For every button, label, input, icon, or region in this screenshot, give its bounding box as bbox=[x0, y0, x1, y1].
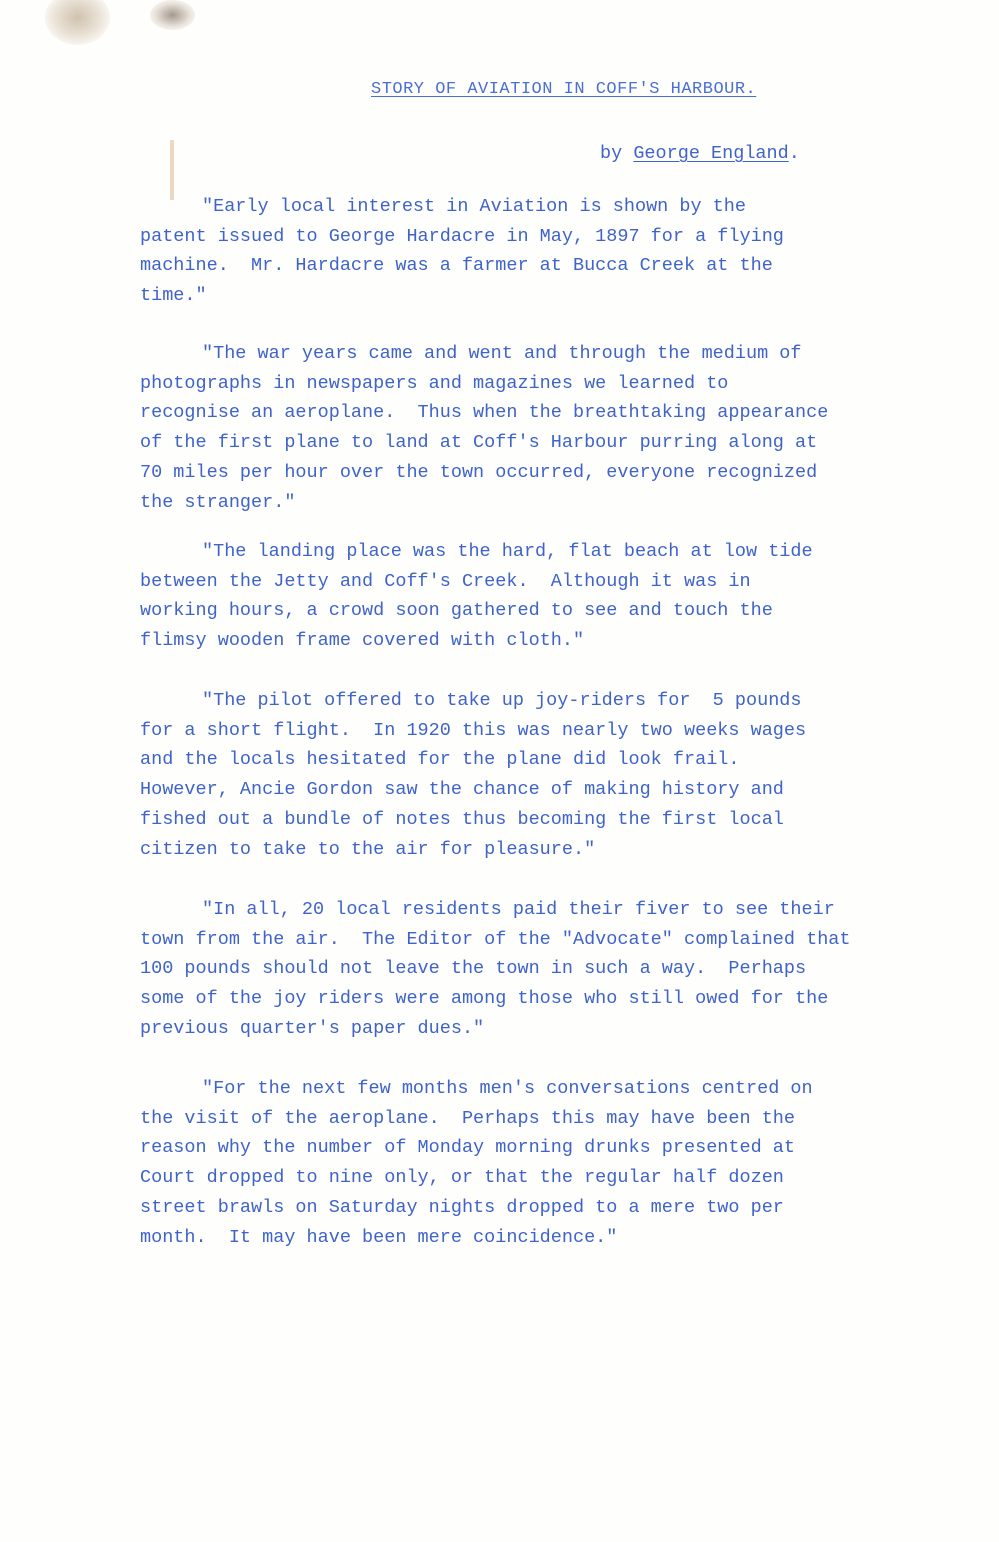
text-line: However, Ancie Gordon saw the chance of … bbox=[140, 775, 910, 805]
text-line: reason why the number of Monday morning … bbox=[140, 1133, 910, 1163]
text-line: town from the air. The Editor of the "Ad… bbox=[140, 925, 910, 955]
text-line: "In all, 20 local residents paid their f… bbox=[140, 895, 910, 925]
paragraph-1: "Early local interest in Aviation is sho… bbox=[140, 192, 910, 311]
text-line: the visit of the aeroplane. Perhaps this… bbox=[140, 1104, 910, 1134]
typewritten-page: STORY OF AVIATION IN COFF'S HARBOUR. by … bbox=[0, 0, 999, 1542]
text-line: of the first plane to land at Coff's Har… bbox=[140, 428, 910, 458]
text-line: "For the next few months men's conversat… bbox=[140, 1074, 910, 1104]
byline-prefix: by bbox=[600, 143, 633, 164]
text-line: and the locals hesitated for the plane d… bbox=[140, 745, 910, 775]
text-line: previous quarter's paper dues." bbox=[140, 1014, 910, 1044]
text-line: fished out a bundle of notes thus becomi… bbox=[140, 805, 910, 835]
text-line: "The pilot offered to take up joy-riders… bbox=[140, 686, 910, 716]
paragraph-3: "The landing place was the hard, flat be… bbox=[140, 537, 910, 656]
text-line: time." bbox=[140, 281, 910, 311]
byline: by George England. bbox=[600, 143, 800, 164]
text-line: 70 miles per hour over the town occurred… bbox=[140, 458, 910, 488]
text-line: the stranger." bbox=[140, 488, 910, 518]
text-line: working hours, a crowd soon gathered to … bbox=[140, 596, 910, 626]
text-line: 100 pounds should not leave the town in … bbox=[140, 954, 910, 984]
author-name: George England bbox=[633, 143, 788, 164]
byline-suffix: . bbox=[789, 143, 800, 164]
paragraph-2: "The war years came and went and through… bbox=[140, 339, 910, 517]
text-line: photographs in newspapers and magazines … bbox=[140, 369, 910, 399]
text-line: some of the joy riders were among those … bbox=[140, 984, 910, 1014]
text-line: month. It may have been mere coincidence… bbox=[140, 1223, 910, 1253]
text-line: recognise an aeroplane. Thus when the br… bbox=[140, 398, 910, 428]
paragraph-5: "In all, 20 local residents paid their f… bbox=[140, 895, 910, 1044]
text-line: flimsy wooden frame covered with cloth." bbox=[140, 626, 910, 656]
text-line: "The landing place was the hard, flat be… bbox=[140, 537, 910, 567]
text-line: Court dropped to nine only, or that the … bbox=[140, 1163, 910, 1193]
text-line: "Early local interest in Aviation is sho… bbox=[140, 192, 910, 222]
text-line: between the Jetty and Coff's Creek. Alth… bbox=[140, 567, 910, 597]
paragraph-6: "For the next few months men's conversat… bbox=[140, 1074, 910, 1252]
text-line: patent issued to George Hardacre in May,… bbox=[140, 222, 910, 252]
text-line: "The war years came and went and through… bbox=[140, 339, 910, 369]
text-line: citizen to take to the air for pleasure.… bbox=[140, 835, 910, 865]
document-title: STORY OF AVIATION IN COFF'S HARBOUR. bbox=[371, 80, 756, 99]
text-line: machine. Mr. Hardacre was a farmer at Bu… bbox=[140, 251, 910, 281]
text-line: for a short flight. In 1920 this was nea… bbox=[140, 716, 910, 746]
paragraph-4: "The pilot offered to take up joy-riders… bbox=[140, 686, 910, 864]
text-line: street brawls on Saturday nights dropped… bbox=[140, 1193, 910, 1223]
